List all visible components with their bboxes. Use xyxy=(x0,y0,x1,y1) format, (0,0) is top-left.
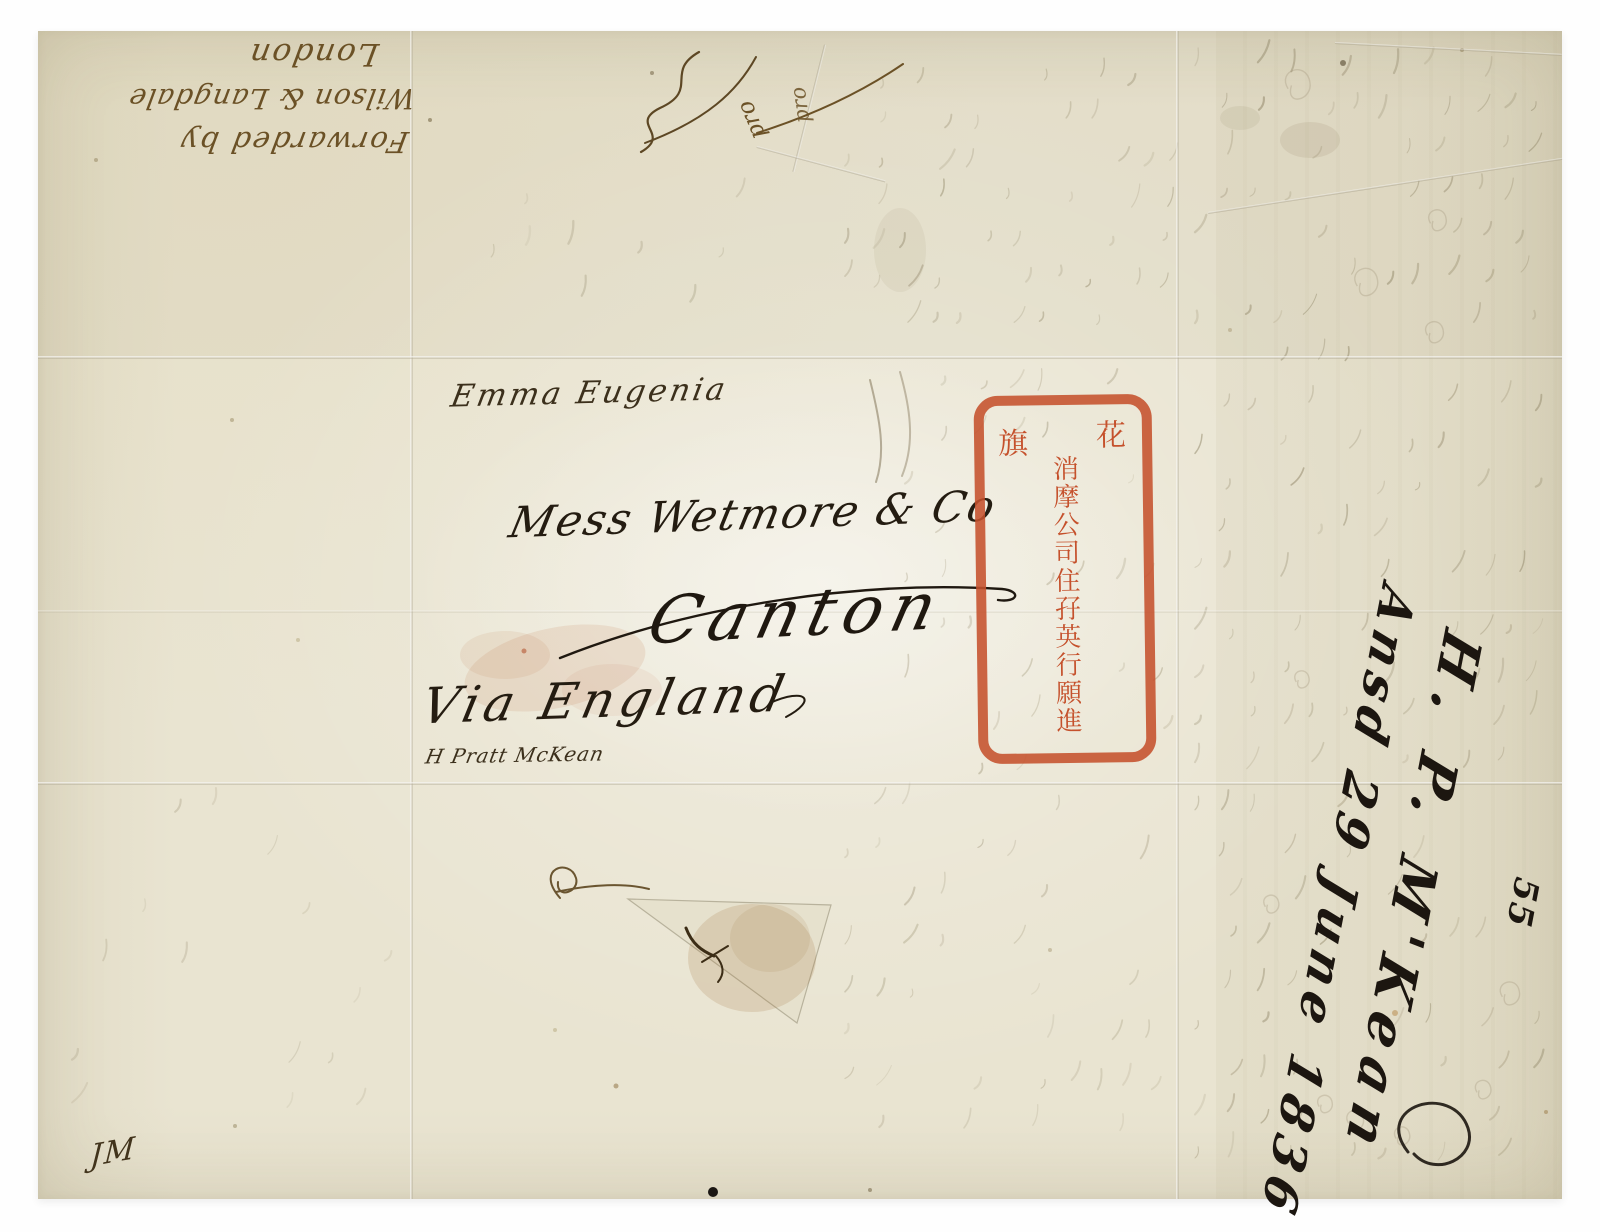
destination-line: Canton xyxy=(641,567,952,659)
ship-name-line: Emma Eugenia xyxy=(448,371,731,414)
stray-stroke-2 xyxy=(900,372,910,476)
slash-flourish-2 xyxy=(757,64,903,133)
chop-char-top-left: 旗 xyxy=(998,419,1029,463)
red-hong-chop: 花 旗 消摩公司住孖英行願進 xyxy=(973,394,1156,764)
chop-char-top-right: 花 xyxy=(1096,410,1127,454)
slash-flourish-1 xyxy=(645,57,756,143)
docket-loop-flourish xyxy=(1399,1103,1470,1164)
stray-stroke-1 xyxy=(870,380,881,482)
chop-character-column: 消摩公司住孖英行願進 xyxy=(1050,455,1080,735)
endorsement-line: H Pratt McKean xyxy=(423,741,606,768)
letter-sheet: Forwarded by Wilson & Langdale London pr… xyxy=(38,31,1562,1199)
brace-flourish xyxy=(641,52,699,152)
scan-background: Forwarded by Wilson & Langdale London pr… xyxy=(0,0,1600,1232)
